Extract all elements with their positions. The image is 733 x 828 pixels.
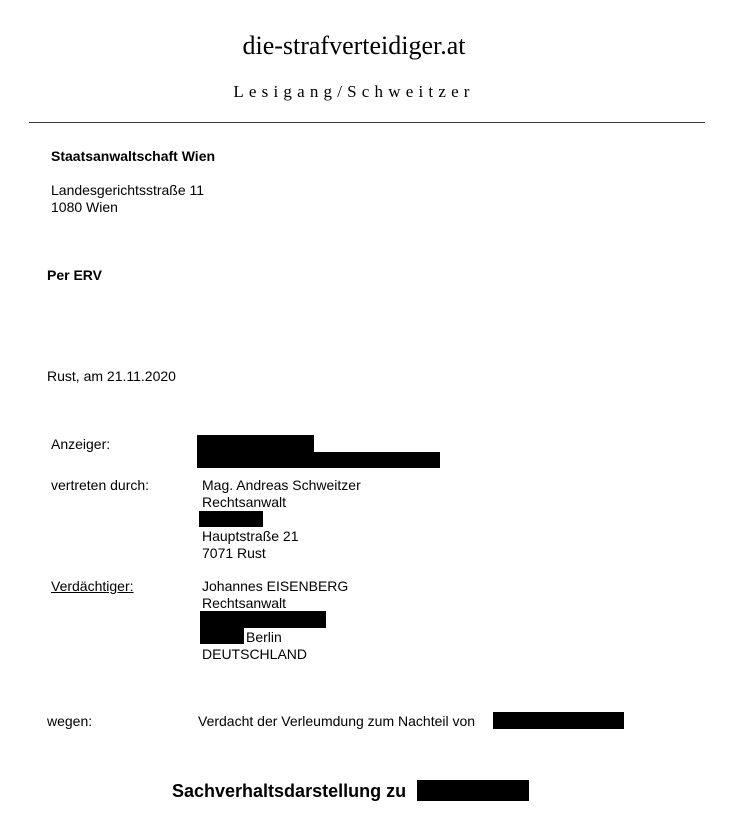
representative-label: vertreten durch: — [51, 477, 149, 494]
suspect-title: Rechtsanwalt — [202, 595, 286, 612]
redaction-block — [197, 435, 314, 453]
recipient-city: 1080 Wien — [51, 199, 118, 216]
firm-name: Lesigang/Schweitzer — [0, 82, 708, 102]
redaction-block — [200, 628, 244, 644]
suspect-country: DEUTSCHLAND — [202, 646, 307, 663]
recipient-name: Staatsanwaltschaft Wien — [51, 148, 215, 165]
representative-street: Hauptstraße 21 — [202, 528, 299, 545]
header-divider — [29, 122, 705, 123]
representative-name: Mag. Andreas Schweitzer — [202, 477, 361, 494]
subject-title: Sachverhaltsdarstellung zu — [172, 780, 406, 802]
place-date: Rust, am 21.11.2020 — [47, 368, 176, 385]
redaction-block — [199, 511, 263, 527]
complainant-label: Anzeiger: — [51, 436, 110, 453]
suspect-city: Berlin — [246, 629, 282, 646]
suspect-label: Verdächtiger: — [51, 578, 134, 595]
suspect-name: Johannes EISENBERG — [202, 578, 348, 595]
site-title: die-strafverteidiger.at — [0, 30, 708, 62]
redaction-block — [417, 780, 529, 801]
delivery-method: Per ERV — [47, 267, 102, 284]
redaction-block — [493, 712, 624, 729]
redaction-block — [197, 452, 440, 468]
representative-city: 7071 Rust — [202, 545, 266, 562]
recipient-street: Landesgerichtsstraße 11 — [51, 182, 204, 199]
matter-label: wegen: — [47, 713, 92, 730]
matter-text: Verdacht der Verleumdung zum Nachteil vo… — [198, 713, 475, 730]
redaction-block — [200, 611, 326, 628]
representative-title: Rechtsanwalt — [202, 494, 286, 511]
